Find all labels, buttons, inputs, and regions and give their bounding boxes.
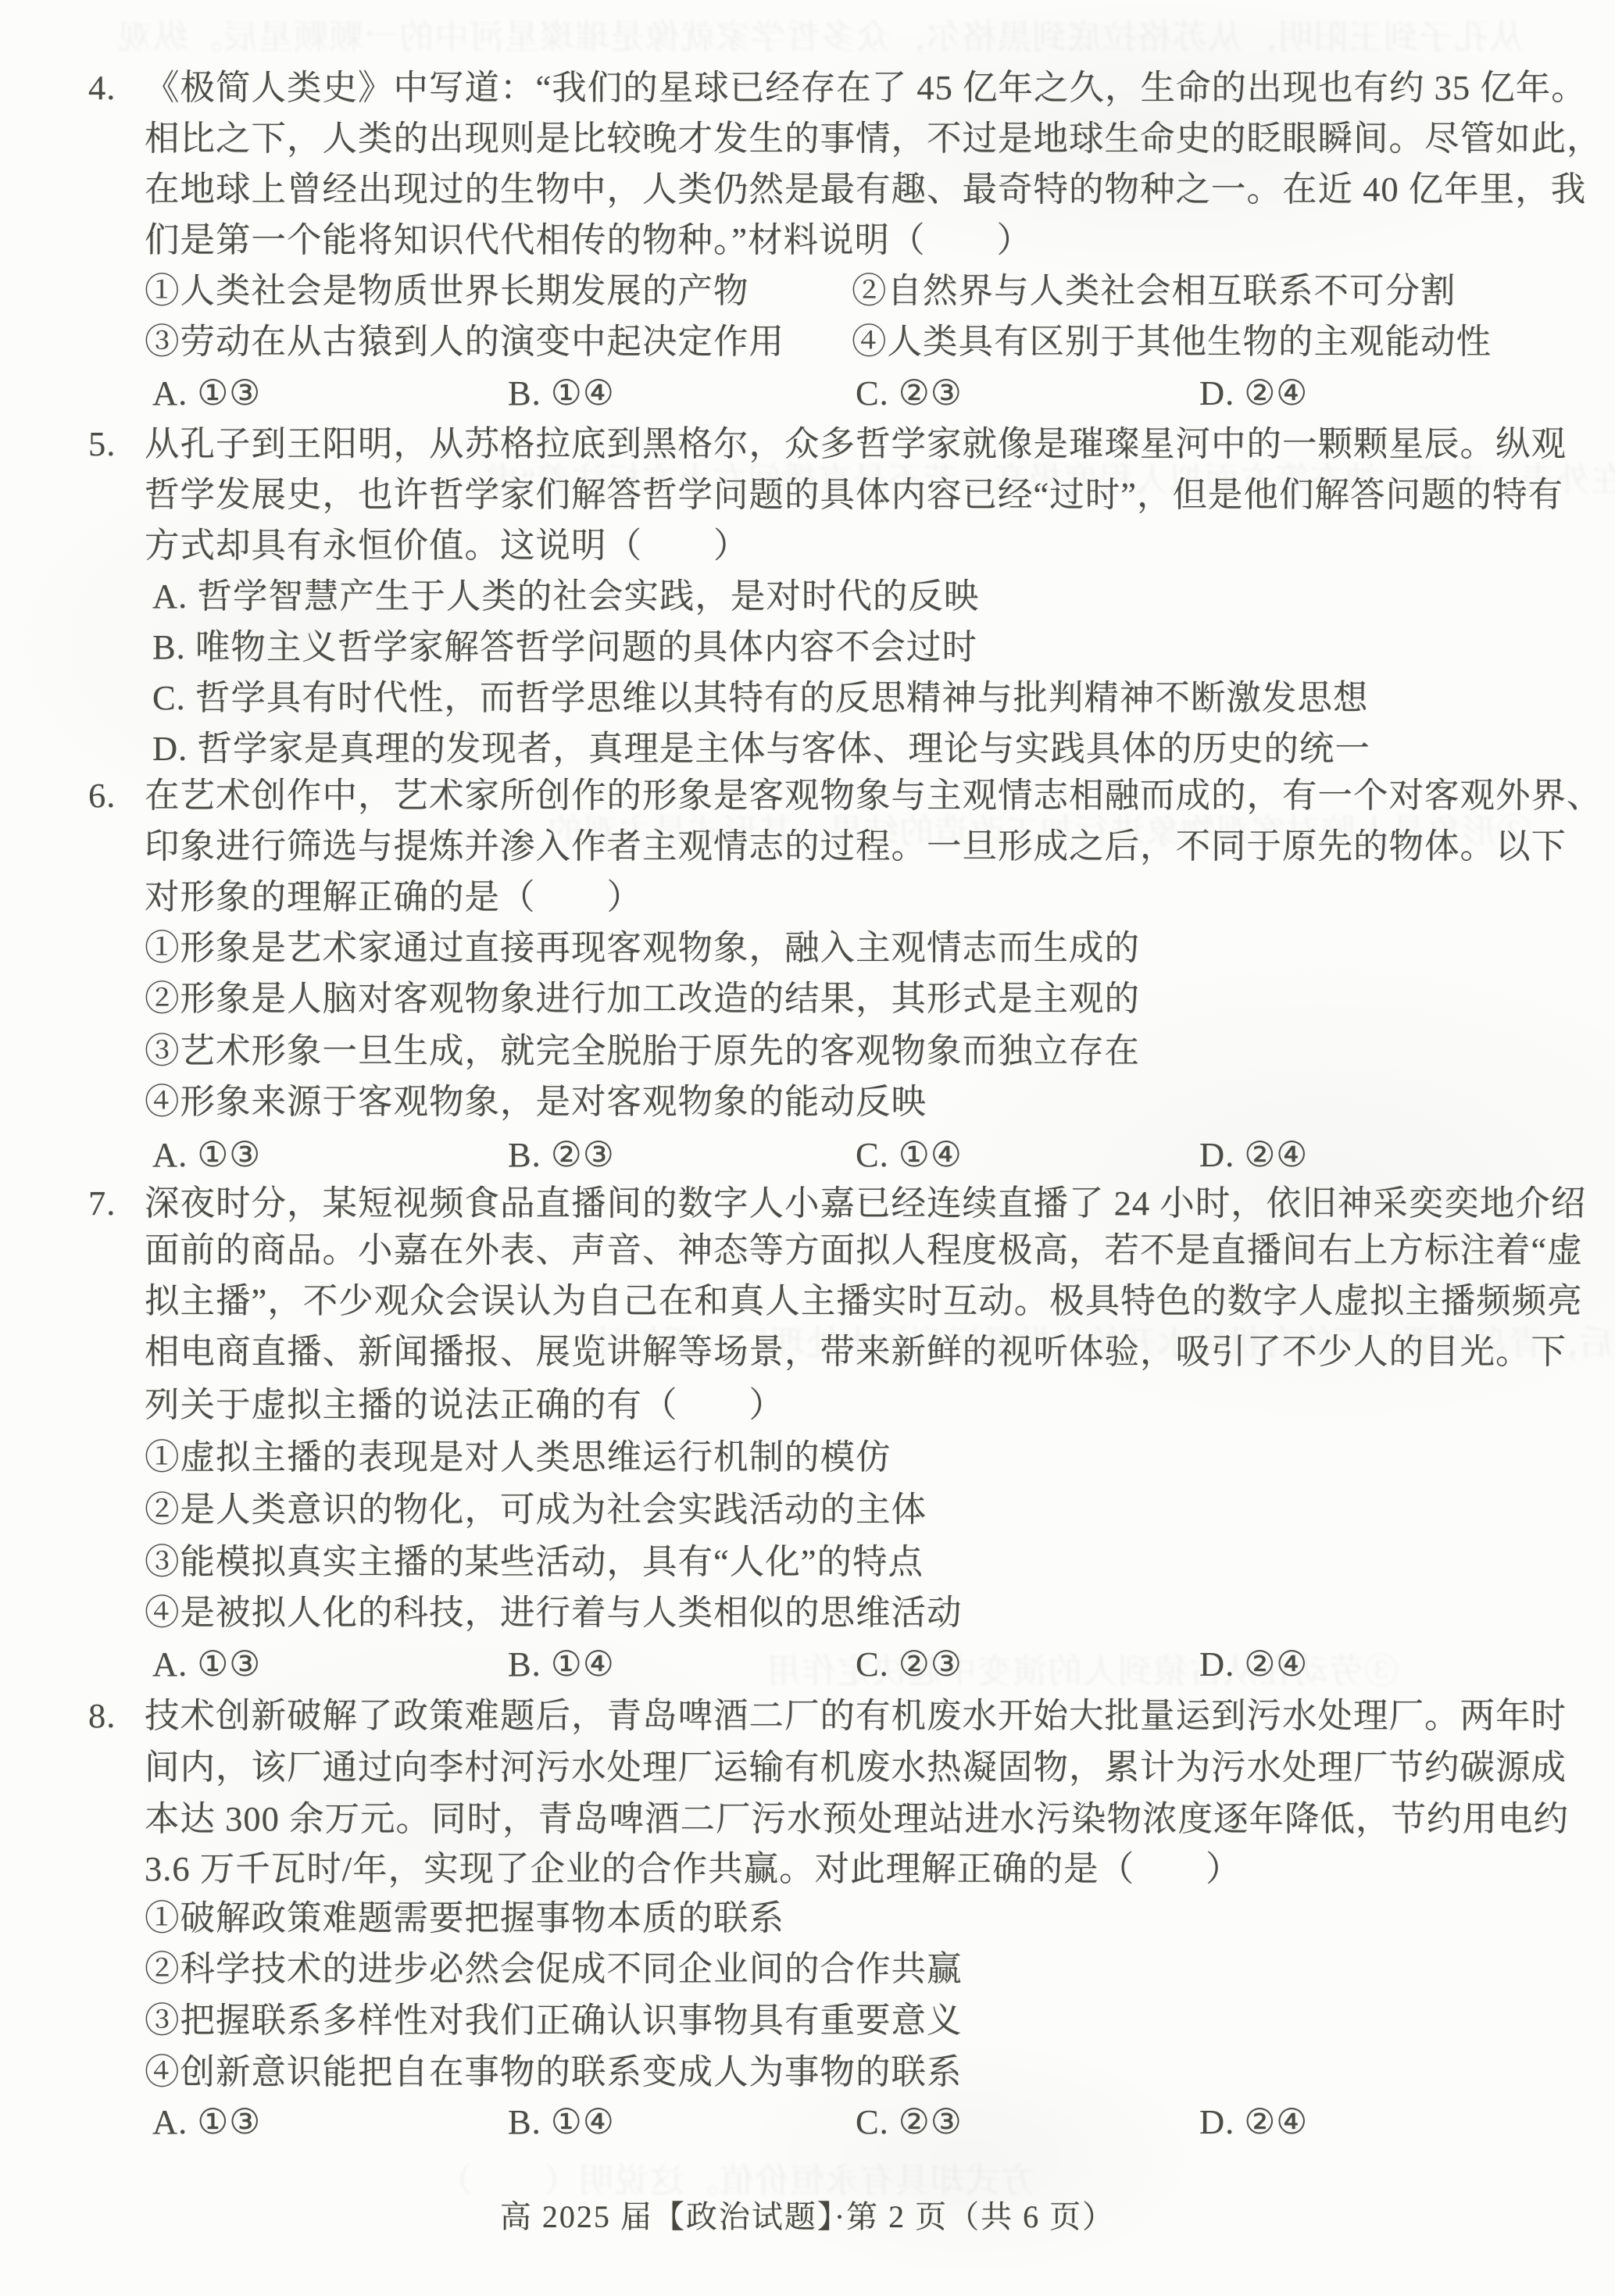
question-4-item-2: ②自然界与人类社会相互联系不可分割 [852,266,1456,316]
question-7-option-d: D. ②④ [1199,1639,1308,1689]
question-5-choice-a: A. 哲学智慧产生于人类的社会实践，是对时代的反映 [152,571,979,621]
question-6-option-c: C. ①④ [856,1130,963,1180]
question-6-option-b: B. ②③ [508,1130,615,1180]
question-5-choice-b: B. 唯物主义哲学家解答哲学问题的具体内容不会过时 [152,622,977,672]
question-5-choice-c: C. 哲学具有时代性，而哲学思维以其特有的反思精神与批判精神不断激发思想 [152,673,1368,723]
question-4-option-c: C. ②③ [856,368,963,418]
question-6-item-1: ①形象是艺术家通过直接再现客观物象，融入主观情志而生成的 [145,923,1140,973]
question-8-stem-line: 本达 300 余万元。同时，青岛啤酒二厂污水预处理站进水污染物浓度逐年降低，节约… [145,1794,1569,1844]
page-footer: 高 2025 届【政治试题】·第 2 页（共 6 页） [0,2192,1615,2242]
question-6-item-3: ③艺术形象一旦生成，就完全脱胎于原先的客观物象而独立存在 [145,1026,1140,1076]
question-5-number: 5. [88,419,116,469]
question-8-option-a: A. ①③ [152,2097,261,2147]
question-8-item-4: ④创新意识能把自在事物的联系变成人为事物的联系 [145,2047,963,2097]
question-7-item-2: ②是人类意识的物化，可成为社会实践活动的主体 [145,1484,927,1534]
question-7-stem-line: 深夜时分，某短视频食品直播间的数字人小嘉已经连续直播了 24 小时，依旧神采奕奕… [145,1178,1586,1228]
question-7-option-b: B. ①④ [508,1639,615,1689]
question-4-item-3: ③劳动在从古猿到人的演变中起决定作用 [145,316,784,366]
question-6-number: 6. [88,770,116,820]
question-8-stem-line: 3.6 万千瓦时/年，实现了企业的合作共赢。对此理解正确的是（ ） [145,1844,1242,1894]
question-7-option-c: C. ②③ [856,1639,963,1689]
question-7-item-4: ④是被拟人化的科技，进行着与人类相似的思维活动 [145,1587,963,1637]
question-5-stem-line: 哲学发展史，也许哲学家们解答哲学问题的具体内容已经“过时”，但是他们解答问题的特… [145,470,1563,520]
question-6-option-d: D. ②④ [1199,1130,1308,1180]
question-4-option-d: D. ②④ [1199,368,1308,418]
question-6-stem-line: 在艺术创作中，艺术家所创作的形象是客观物象与主观情志相融而成的，有一个对客观外界… [145,770,1602,820]
bleed-line: 从孔子到王阳明，从苏格拉底到黑格尔，众多哲学家就像是璀璨星河中的一颗颗星辰。纵观 [117,14,1524,61]
question-6-stem-line: 印象进行筛选与提炼并渗入作者主观情志的过程。一旦形成之后，不同于原先的物体。以下 [145,821,1567,871]
question-8-stem-line: 技术创新破解了政策难题后，青岛啤酒二厂的有机废水开始大批量运到污水处理厂。两年时 [145,1691,1567,1741]
question-6-item-4: ④形象来源于客观物象，是对客观物象的能动反映 [145,1077,927,1127]
question-6-option-a: A. ①③ [152,1130,261,1180]
question-6-item-2: ②形象是人脑对客观物象进行加工改造的结果，其形式是主观的 [145,973,1140,1023]
question-4-stem-line: 们是第一个能将知识代代相传的物种。”材料说明（ ） [145,215,1032,265]
question-8-option-c: C. ②③ [856,2097,963,2147]
question-8-number: 8. [88,1691,116,1741]
question-8-stem-line: 间内，该厂通过向李村河污水处理厂运输有机废水热凝固物，累计为污水处理厂节约碳源成 [145,1742,1567,1792]
question-4-number: 4. [88,62,116,112]
question-7-item-1: ①虚拟主播的表现是对人类思维运行机制的模仿 [145,1432,891,1482]
question-4-stem-line: 在地球上曾经出现过的生物中，人类仍然是最有趣、最奇特的物种之一。在近 40 亿年… [145,164,1586,214]
question-4-item-1: ①人类社会是物质世界长期发展的产物 [145,266,749,316]
question-7-option-a: A. ①③ [152,1639,261,1689]
question-8-item-2: ②科学技术的进步必然会促成不同企业间的合作共赢 [145,1944,963,1994]
question-5-choice-d: D. 哲学家是真理的发现者，真理是主体与客体、理论与实践具体的历史的统一 [152,723,1370,773]
question-7-stem-line: 列关于虚拟主播的说法正确的有（ ） [145,1380,784,1430]
question-7-number: 7. [88,1178,116,1228]
question-8-option-d: D. ②④ [1199,2097,1308,2147]
question-4-stem-line: 相比之下，人类的出现则是比较晚才发生的事情，不过是地球生命史的眨眼瞬间。尽管如此… [145,113,1602,163]
question-5-stem-line: 从孔子到王阳明，从苏格拉底到黑格尔，众多哲学家就像是璀璨星河中的一颗颗星辰。纵观 [145,419,1567,469]
question-6-stem-line: 对形象的理解正确的是（ ） [145,872,642,922]
question-5-stem-line: 方式却具有永恒价值。这说明（ ） [145,520,749,570]
question-7-item-3: ③能模拟真实主播的某些活动，具有“人化”的特点 [145,1537,924,1587]
question-4-item-4: ④人类具有区别于其他生物的主观能动性 [852,316,1492,366]
question-8-option-b: B. ①④ [508,2097,615,2147]
question-4-stem-line: 《极简人类史》中写道：“我们的星球已经存在了 45 亿年之久，生命的出现也有约 … [145,62,1587,112]
question-8-item-1: ①破解政策难题需要把握事物本质的联系 [145,1893,784,1943]
question-8-item-3: ③把握联系多样性对我们正确认识事物具有重要意义 [145,1995,963,2045]
exam-page-scan: 从孔子到王阳明，从苏格拉底到黑格尔，众多哲学家就像是璀璨星河中的一颗颗星辰。纵观… [0,0,1615,2296]
question-7-stem-line: 拟主播”，不少观众会误认为自己在和真人主播实时互动。极具特色的数字人虚拟主播频频… [145,1276,1583,1326]
question-4-option-b: B. ①④ [508,368,615,418]
question-4-option-a: A. ①③ [152,368,261,418]
question-7-stem-line: 相电商直播、新闻播报、展览讲解等场景，带来新鲜的视听体验，吸引了不少人的目光。下 [145,1327,1567,1377]
question-7-stem-line: 面前的商品。小嘉在外表、声音、神态等方面拟人程度极高，若不是直播间右上方标注着“… [145,1225,1583,1275]
